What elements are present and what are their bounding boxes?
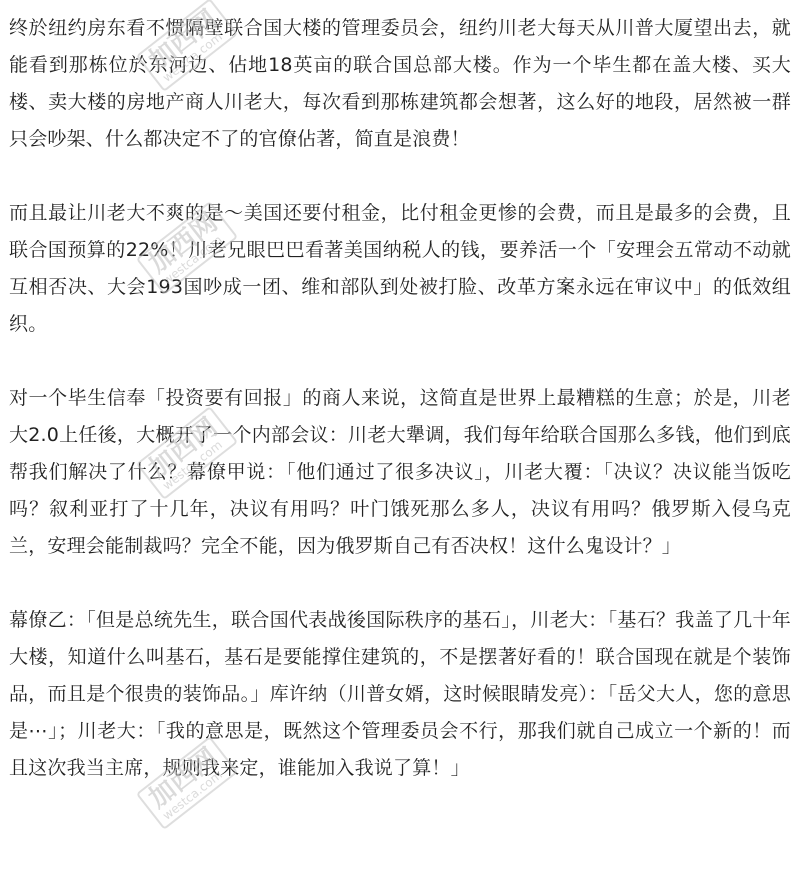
paragraph-3: 对一个毕生信奉「投资要有回报」的商人来说，这简直是世界上最糟糕的生意；於是，川老… bbox=[9, 380, 791, 565]
article-body: 终於纽约房东看不惯隔壁联合国大楼的管理委员会，纽约川老大每天从川普大厦望出去，就… bbox=[9, 10, 791, 787]
paragraph-2: 而且最让川老大不爽的是～美国还要付租金，比付租金更惨的会费，而且是最多的会费，且… bbox=[9, 195, 791, 343]
paragraph-1: 终於纽约房东看不惯隔壁联合国大楼的管理委员会，纽约川老大每天从川普大厦望出去，就… bbox=[9, 10, 791, 158]
paragraph-4: 幕僚乙：「但是总统先生，联合国代表战後国际秩序的基石」，川老大：「基石？我盖了几… bbox=[9, 602, 791, 787]
